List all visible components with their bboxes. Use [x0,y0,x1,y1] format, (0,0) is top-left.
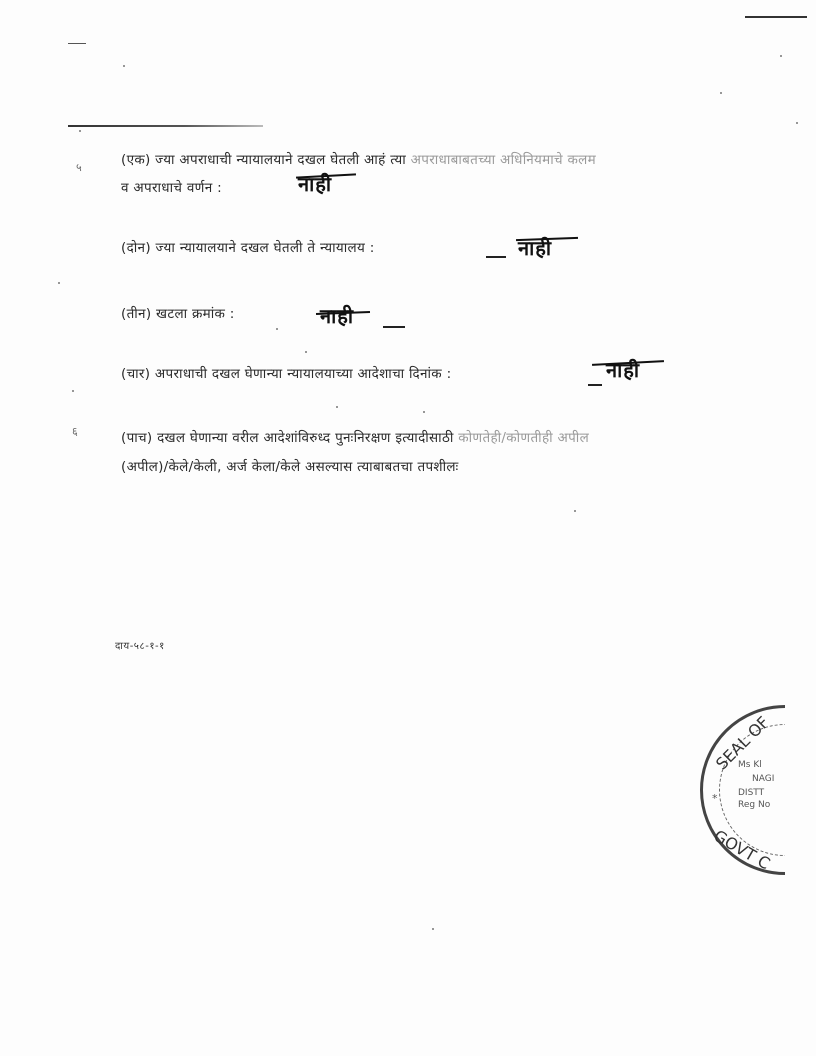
scan-speck [796,122,798,124]
official-seal: SEAL OF Ms Kl NAGI DISTT Reg No * GOVT C [0,0,785,1056]
seal-line: DISTT [738,788,764,798]
seal-star: * [712,792,718,805]
seal-line: Ms Kl [738,760,762,770]
seal-line: Reg No [738,800,770,810]
seal-line: NAGI [752,774,774,784]
scan-speck [432,928,434,930]
